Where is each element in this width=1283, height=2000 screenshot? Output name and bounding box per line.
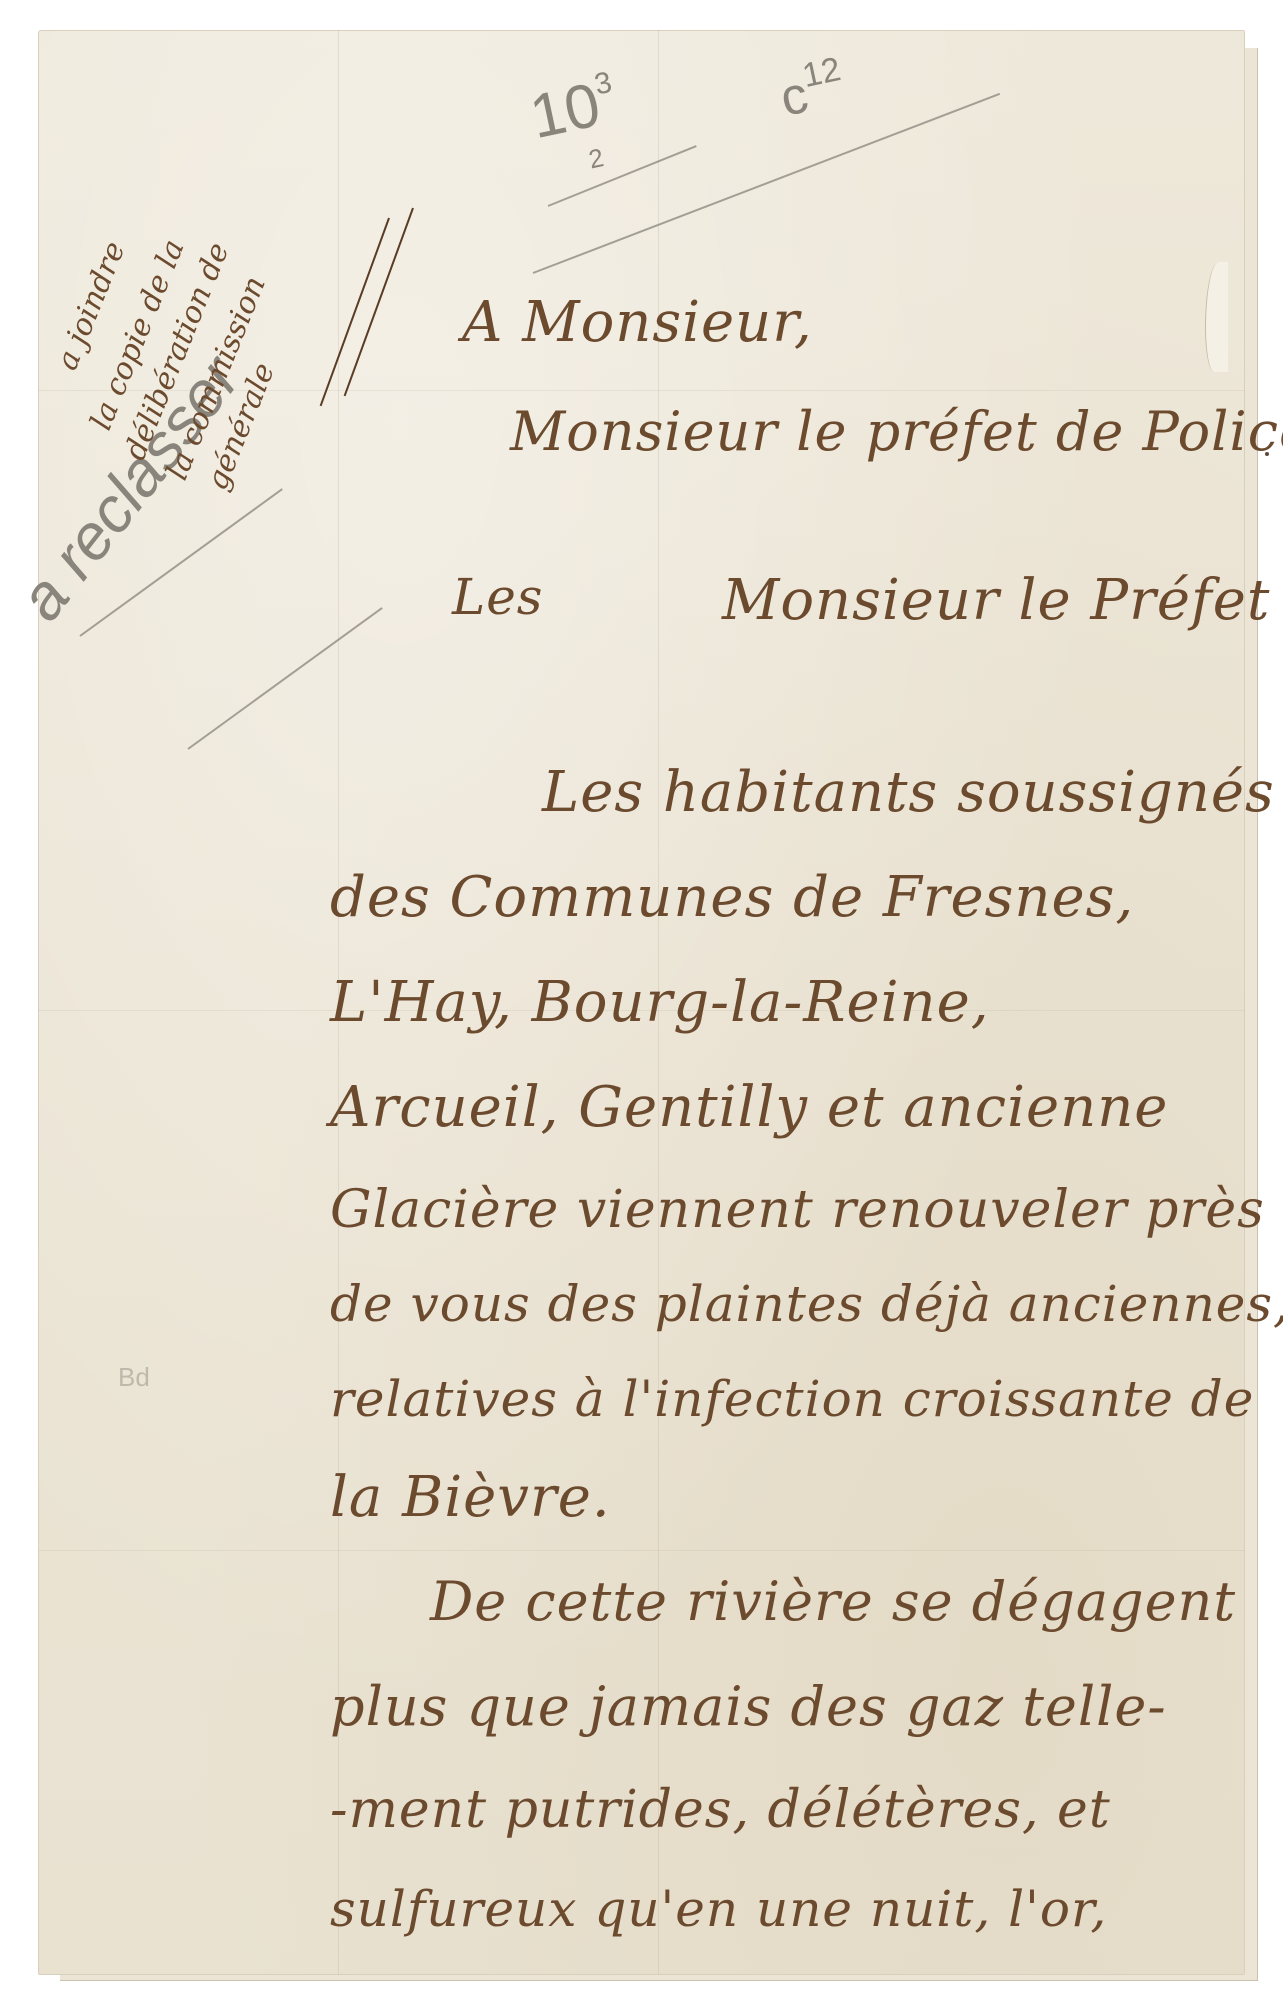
body-line: la Bièvre.: [330, 1465, 611, 1530]
stray-mark: [1265, 452, 1269, 456]
body-line: Arcueil, Gentilly et ancienne: [330, 1075, 1168, 1140]
salutation-prefix: Les: [452, 568, 543, 626]
body-line: de vous des plaintes déjà anciennes,: [330, 1275, 1283, 1333]
archival-reference-code: c12: [774, 50, 850, 129]
body-line: relatives à l'infection croissante de: [330, 1370, 1254, 1428]
faint-margin-pencil: Bd: [118, 1362, 150, 1393]
body-line: des Communes de Fresnes,: [330, 865, 1134, 930]
body-line: sulfureux qu'en une nuit, l'or,: [330, 1880, 1107, 1938]
address-line-2: Monsieur le préfet de Police: [510, 400, 1283, 463]
body-line: -ment putrides, délétères, et: [330, 1780, 1111, 1840]
body-line: L'Hay, Bourg-la-Reine,: [330, 970, 990, 1035]
fold-line: [38, 1550, 1245, 1551]
body-line: Les habitants soussignés: [542, 760, 1275, 825]
address-line-1: A Monsieur,: [462, 290, 813, 355]
salutation: Monsieur le Préfet: [722, 568, 1270, 633]
body-line: De cette rivière se dégagent: [430, 1570, 1236, 1633]
body-line: Glacière viennent renouveler près: [330, 1180, 1265, 1240]
body-line: plus que jamais des gaz telle-: [330, 1675, 1167, 1738]
